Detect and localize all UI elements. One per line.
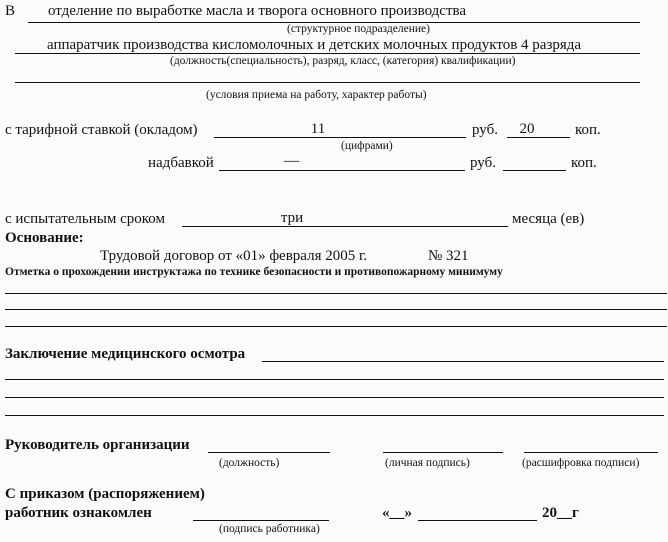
medical-label: Заключение медицинского осмотра (5, 346, 245, 363)
salary-label: с тарифной ставкой (окладом) (5, 122, 198, 139)
worker-signature-line[interactable] (193, 520, 329, 521)
salary-kop-label: коп. (575, 122, 601, 139)
bonus-label: надбавкой (148, 155, 214, 172)
head-position-line[interactable] (208, 452, 330, 453)
head-position-caption: (должность) (219, 457, 279, 470)
position-caption: (должность(специальность), разряд, класс… (170, 55, 515, 68)
head-decode-caption: (расшифровка подписи) (522, 457, 639, 470)
date-day[interactable]: «__» (382, 505, 412, 522)
conditions-line[interactable] (15, 82, 640, 83)
order-label-1: С приказом (распоряжением) (5, 486, 205, 503)
bonus-rub-label: руб. (470, 155, 496, 172)
head-signature-caption: (личная подпись) (385, 457, 470, 470)
bonus-line (219, 170, 465, 171)
department-caption: (структурное подразделение) (287, 23, 430, 36)
medical-line-3[interactable] (5, 415, 664, 416)
position-line (15, 53, 640, 54)
worker-caption: (подпись работника) (219, 523, 320, 536)
date-month-line[interactable] (418, 520, 537, 521)
date-year[interactable]: 20__г (542, 505, 579, 522)
basis-text: Трудовой договор от «01» февраля 2005 г. (100, 248, 367, 265)
department-value[interactable]: отделение по выработке масла и творога о… (48, 3, 466, 20)
position-value[interactable]: аппаратчик производства кисломолочных и … (47, 37, 581, 54)
basis-number: № 321 (428, 248, 469, 265)
head-label: Руководитель организации (5, 437, 190, 454)
head-decode-line[interactable] (524, 452, 658, 453)
prefix-in: В (5, 3, 15, 20)
order-label-2: работник ознакомлен (5, 505, 152, 522)
salary-kop-value[interactable]: 20 (507, 121, 547, 138)
safety-line-2[interactable] (5, 309, 667, 310)
head-signature-line[interactable] (383, 452, 503, 453)
salary-caption: (цифрами) (341, 140, 393, 153)
medical-line-1[interactable] (5, 379, 664, 380)
probation-label: с испытательным сроком (5, 211, 165, 228)
medical-line-2[interactable] (5, 397, 664, 398)
safety-label: Отметка о прохождении инструктажа по тех… (5, 266, 503, 279)
salary-rub-label: руб. (472, 122, 498, 139)
basis-label: Основание: (5, 230, 84, 247)
conditions-caption: (условия приема на работу, характер рабо… (206, 89, 427, 102)
safety-line-3[interactable] (5, 326, 667, 327)
bonus-kop-label: коп. (571, 155, 597, 172)
bonus-value[interactable]: — (219, 153, 364, 170)
salary-rub-value[interactable]: 11 (214, 121, 422, 138)
medical-line-0[interactable] (262, 361, 664, 362)
safety-line-1[interactable] (5, 293, 667, 294)
probation-unit: месяца (ев) (512, 211, 584, 228)
bonus-kop-line[interactable] (503, 170, 566, 171)
probation-value[interactable]: три (182, 210, 402, 227)
